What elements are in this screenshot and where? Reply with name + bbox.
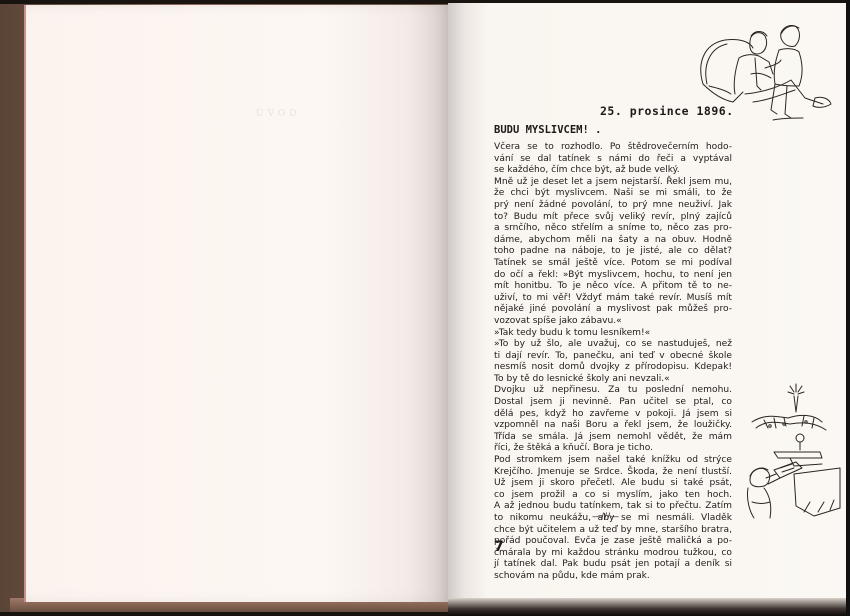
text-line: do očí a řekl: »Být myslivcem, hochu, to… (494, 270, 732, 282)
text-line: nesmíš nosit domů dvojky z přírodopisu. … (494, 362, 732, 374)
text-line: »To by už šlo, ale uvažuj, co se nastudu… (494, 339, 732, 351)
text-line: Už jsem ji skoro přečetl. Ale budu si ta… (494, 478, 732, 490)
text-line: se každého, čím chce být, až bude velký. (494, 165, 732, 177)
text-line: čmárala by mi každou stránku modrou tužk… (494, 548, 732, 560)
text-line: nějaké jiné povolání a myslivost pak můž… (494, 304, 732, 316)
text-line: pořád poučoval. Evča je zase ještě malič… (494, 536, 732, 548)
page-edge (846, 0, 850, 616)
text-line: a srnčího, něco střelím a sníme to, něco… (494, 223, 732, 235)
chapter-heading: BUDU MYSLIVCEM! . (494, 124, 601, 136)
text-line: Mně už je deset let a jsem nejstarší. Ře… (494, 177, 732, 189)
text-line: že chci být myslivcem. Naši se mi smáli,… (494, 188, 732, 200)
text-line: »Tak tedy budu k tomu lesníkem!« (494, 328, 732, 340)
text-line: Třída se smála. Já jsem nemohl vědět, že… (494, 432, 732, 444)
left-page: ÚVOD (24, 5, 450, 602)
text-line: ti dají revír. To, panečku, ani teď v ob… (494, 351, 732, 363)
text-line: vzpomněl na naši Boru a řekl jsem, že lo… (494, 420, 732, 432)
text-line: Pod stromkem jsem našel také knížku od s… (494, 455, 732, 467)
text-line: schovám na půdu, kde mám prak. (494, 571, 732, 583)
text-line: říci, že štěká a kňučí. Bora je ticho. (494, 443, 732, 455)
text-line: prý není žádné povolání, to prý mne neuž… (494, 200, 732, 212)
text-line: dělá pes, když ho zavřeme v pokoji. Já j… (494, 409, 732, 421)
text-line: Dostal jsem ji nevinně. Pan učitel se pt… (494, 397, 732, 409)
text-line: Včera se to rozhodlo. Po štědrovečerním … (494, 142, 732, 154)
text-line: vozovat spíše jako zábavu.« (494, 316, 732, 328)
text-line: Dvojku už nepřinesu. Za tu poslední nemo… (494, 385, 732, 397)
section-ornament: —///— (592, 512, 619, 522)
showthrough-title: ÚVOD (256, 109, 301, 120)
text-line: toho padne na náboje, to je jisté, ale c… (494, 246, 732, 258)
text-line: dáme, abychom měli na šaty a na obuv. Ho… (494, 235, 732, 247)
text-line: Tatínek se smál ještě více. Potom se mi … (494, 258, 732, 270)
text-line: chce být učitelem a už teď by mne, starš… (494, 525, 732, 537)
page-shadow (448, 598, 850, 616)
page-number: 7 (494, 539, 504, 555)
text-line: vání se dal tatínek s námi do řeči a vyp… (494, 154, 732, 166)
text-line: co jsem prožil a co si myslím, jako ten … (494, 490, 732, 502)
text-line: mít honitbu. To je něco více. A přitom t… (494, 281, 732, 293)
text-line: Krejčího. Jmenuje se Srdce. Škoda, že ne… (494, 467, 732, 479)
christmas-tree-illustration-icon (744, 378, 846, 520)
entry-date: 25. prosince 1896. (600, 104, 734, 118)
text-line: uživí, to mi věř! Vždyť mám také revír. … (494, 293, 732, 305)
text-line: jí tatínek dal. Pak budu psát jen potají… (494, 559, 732, 571)
text-line: To by tě do lesnické školy ani nevzali.« (494, 374, 732, 386)
text-line: to? Budu mít přece svůj veliký revír, pl… (494, 212, 732, 224)
